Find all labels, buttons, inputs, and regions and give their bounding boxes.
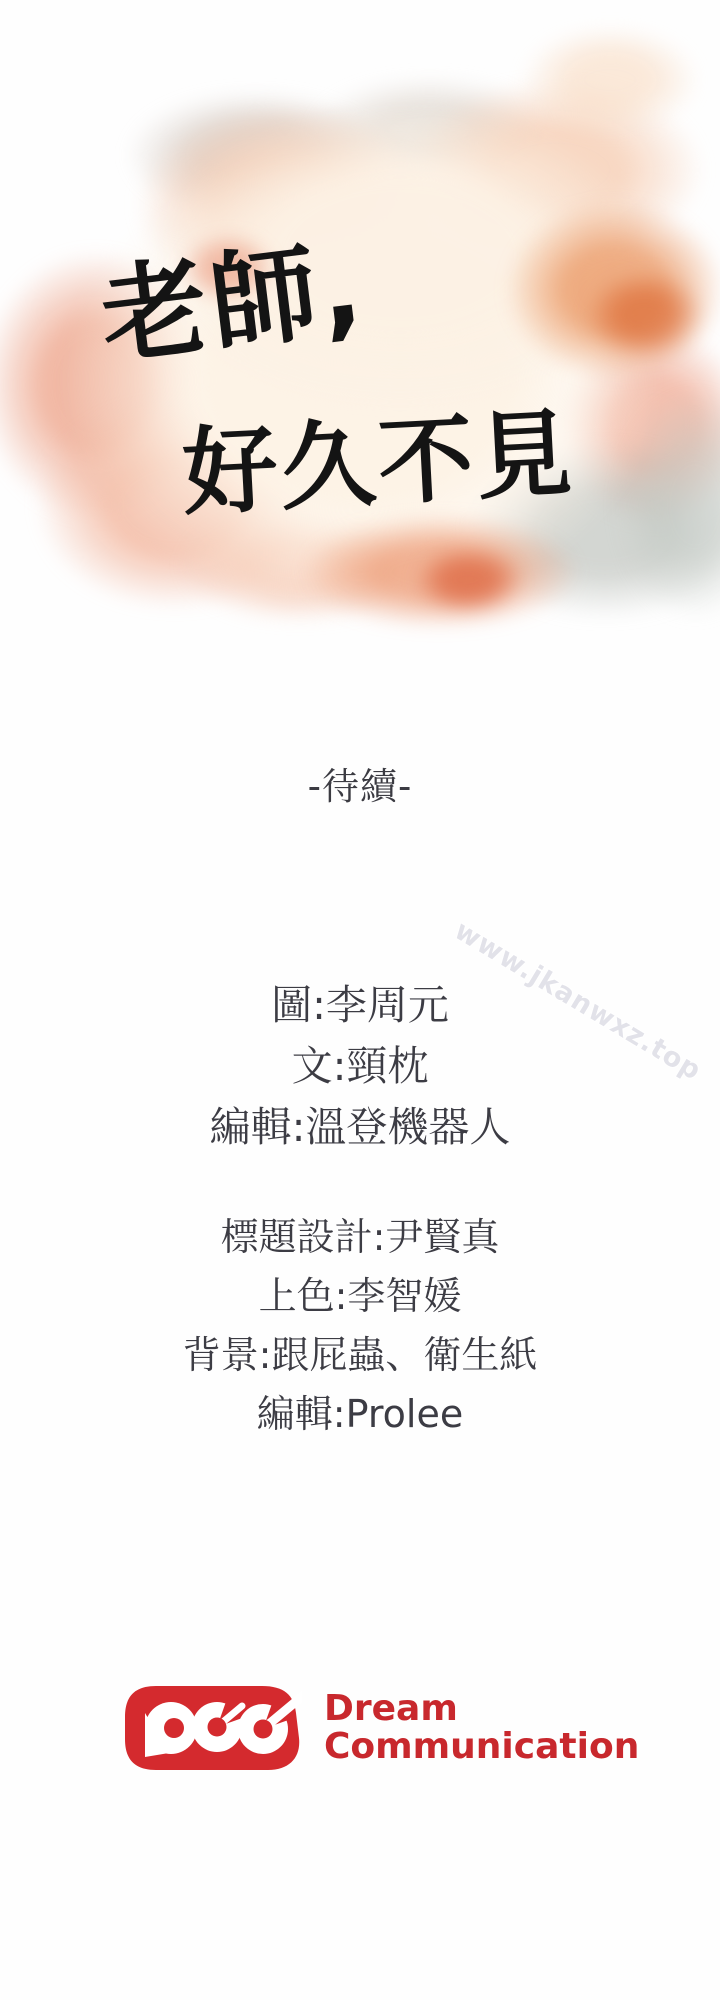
- dcc-logo-icon: [122, 1683, 302, 1773]
- publisher-name-line-1: Dream: [324, 1690, 639, 1728]
- credit-art: 圖:李周元: [0, 975, 720, 1036]
- credit-editor: 編輯:溫登機器人: [0, 1097, 720, 1158]
- series-title-line-2: 好久不見: [179, 378, 578, 534]
- credit-editor-prolee: 編輯:Prolee: [0, 1385, 720, 1444]
- publisher-logo: DCC Dream Communication: [0, 1680, 720, 1780]
- credit-coloring: 上色:李智媛: [0, 1267, 720, 1326]
- credit-title-design: 標題設計:尹賢真: [0, 1208, 720, 1267]
- credits-secondary: 標題設計:尹賢真 上色:李智媛 背景:跟屁蟲、衛生紙 編輯:Prolee: [0, 1208, 720, 1444]
- credit-story: 文:頸枕: [0, 1036, 720, 1097]
- comic-end-page: 老師, 好久不見 -待續- www.jkanwxz.top 圖:李周元 文:頸枕…: [0, 0, 720, 2000]
- series-title-line-1: 老師,: [92, 202, 373, 385]
- credit-background: 背景:跟屁蟲、衛生紙: [0, 1326, 720, 1385]
- credits-primary: 圖:李周元 文:頸枕 編輯:溫登機器人: [0, 975, 720, 1158]
- watercolor-blob: [413, 546, 523, 614]
- to-be-continued-label: -待續-: [0, 756, 720, 810]
- publisher-name-line-2: Communication: [324, 1728, 639, 1766]
- watercolor-blob: [585, 270, 705, 360]
- publisher-name: Dream Communication: [324, 1690, 639, 1766]
- watercolor-blob: [520, 25, 700, 135]
